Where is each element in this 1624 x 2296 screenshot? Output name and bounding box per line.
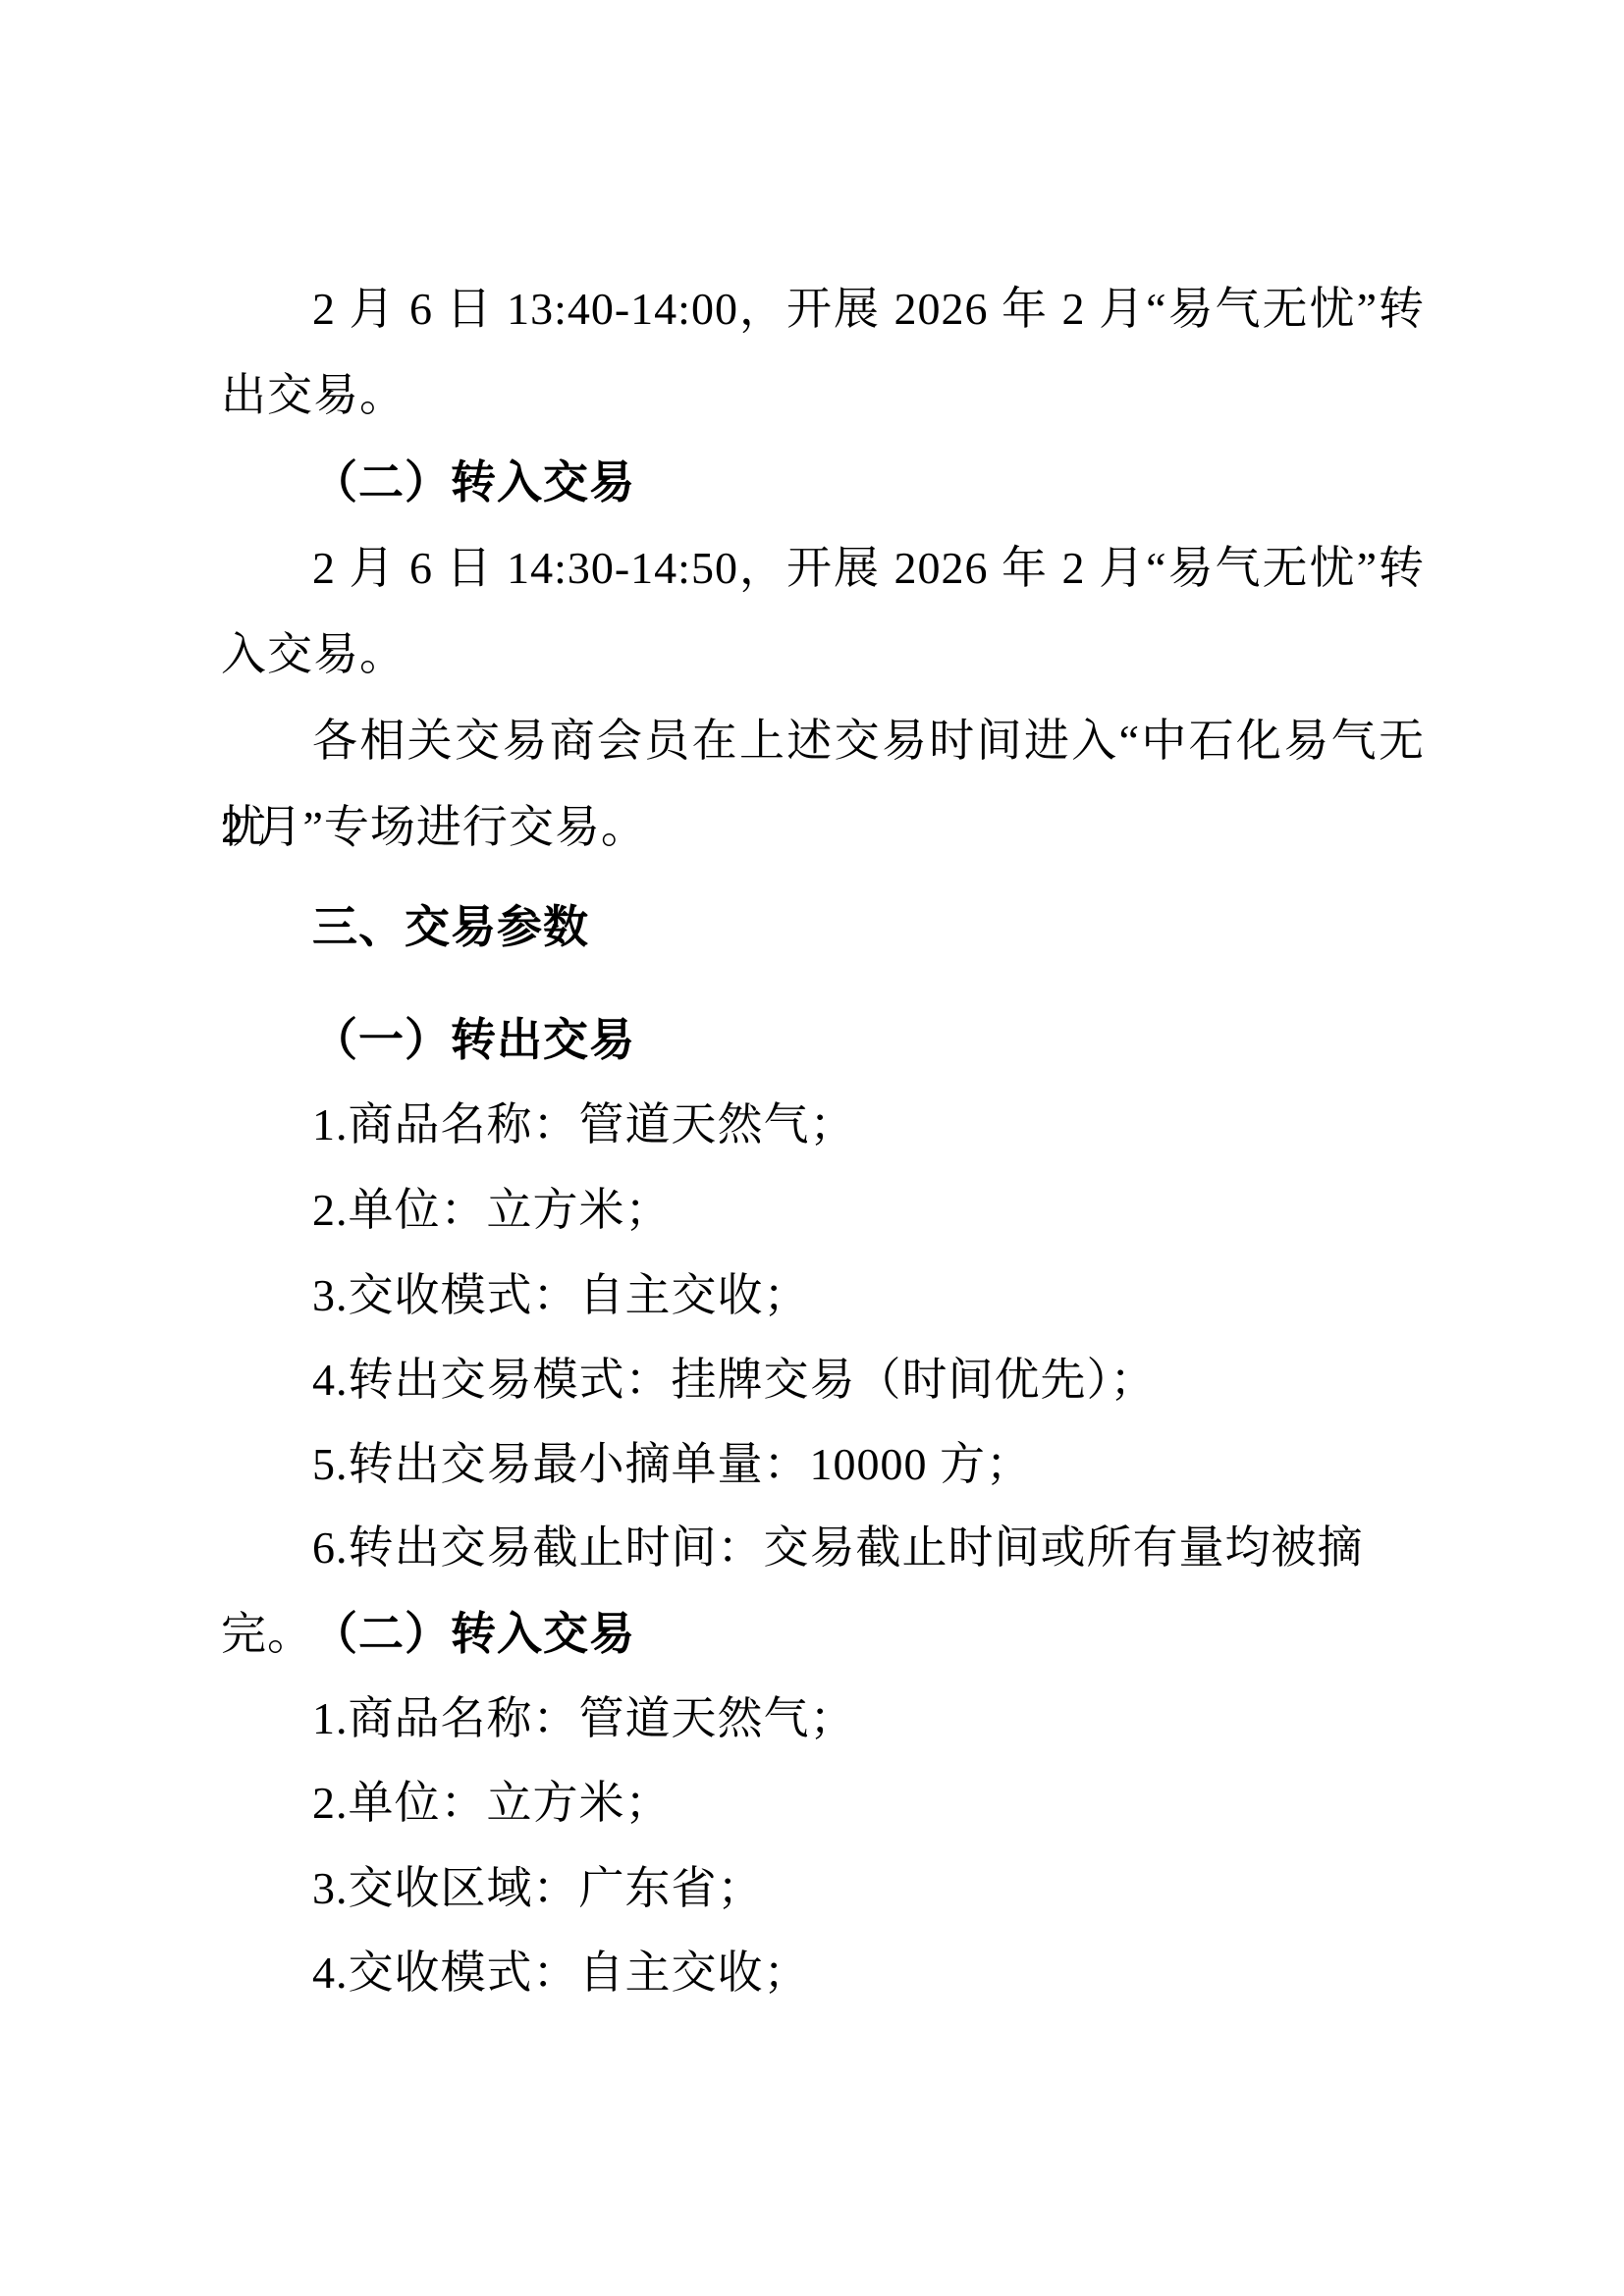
section-heading-trade-parameters: 三、交易参数 bbox=[221, 883, 1425, 970]
list-item-out-delivery-mode: 3.交收模式：自主交收； bbox=[221, 1253, 1425, 1339]
list-item-in-unit: 2.单位：立方米； bbox=[221, 1760, 1425, 1846]
list-item-out-deadline: 6.转出交易截止时间：交易截止时间或所有量均被摘完。 bbox=[221, 1505, 1425, 1591]
list-item-out-commodity-name: 1.商品名称：管道天然气； bbox=[221, 1082, 1425, 1168]
list-item-in-delivery-mode: 4.交收模式：自主交收； bbox=[221, 1930, 1425, 2016]
paragraph-transfer-in-time-line2: 入交易。 bbox=[221, 612, 1425, 698]
paragraph-members-line1: 各相关交易商会员在上述交易时间进入“中石化易气无忧 bbox=[221, 698, 1425, 784]
list-item-out-unit: 2.单位：立方米； bbox=[221, 1167, 1425, 1254]
paragraph-transfer-out-time-line2: 出交易。 bbox=[221, 352, 1425, 439]
subsection-heading-transfer-in-params: （二）转入交易 bbox=[221, 1590, 1425, 1677]
list-item-in-delivery-region: 3.交收区域：广东省； bbox=[221, 1845, 1425, 1932]
subsection-heading-transfer-in: （二）转入交易 bbox=[221, 439, 1425, 525]
subsection-heading-transfer-out-params: （一）转出交易 bbox=[221, 996, 1425, 1083]
list-item-out-min-order: 5.转出交易最小摘单量：10000 方； bbox=[221, 1421, 1425, 1508]
paragraph-members-line2: 2 月”专场进行交易。 bbox=[221, 784, 1425, 871]
document-page: 2 月 6 日 13:40-14:00，开展 2026 年 2 月“易气无忧”转… bbox=[0, 0, 1624, 2296]
paragraph-transfer-in-time-line1: 2 月 6 日 14:30-14:50，开展 2026 年 2 月“易气无忧”转 bbox=[221, 525, 1425, 612]
list-item-in-commodity-name: 1.商品名称：管道天然气； bbox=[221, 1676, 1425, 1762]
list-item-out-trade-mode: 4.转出交易模式：挂牌交易（时间优先）； bbox=[221, 1337, 1425, 1423]
paragraph-transfer-out-time-line1: 2 月 6 日 13:40-14:00，开展 2026 年 2 月“易气无忧”转 bbox=[221, 266, 1425, 352]
